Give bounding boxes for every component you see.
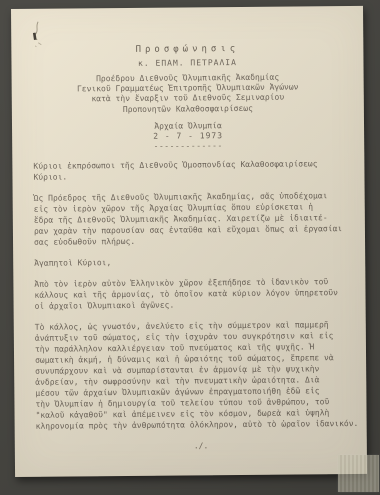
speaker-titles: Προέδρου Διεθνοῦς Ὀλυμπιακῆς Ἀκαδημίας Γ… [12, 72, 364, 116]
paragraph-welcome: Ὡς Πρόεδρος τῆς Διεθνοῦς Ὀλυμπιακῆς Ἀκαδ… [34, 190, 357, 248]
paragraph-ideal: Ἀπὸ τὸν ἱερὸν αὐτὸν Ἑλληνικὸν χῶρον ἐξεπ… [34, 276, 357, 312]
paragraph-dear-sirs: Ἀγαπητοὶ Κύριοι, [34, 255, 357, 269]
document-title: Προσφώνησις [11, 43, 363, 56]
document-body: Κύριοι ἐκπρόσωποι τῆς Διεθνοῦς Ὁμοσπονδί… [12, 149, 367, 453]
speaker-name: κ. ΕΠΑΜ. ΠΕΤΡΑΛΙΑ [11, 57, 363, 70]
tape-patch [338, 455, 379, 492]
page-continuation-mark: ./. [36, 439, 359, 453]
document-page: Προσφώνησις κ. ΕΠΑΜ. ΠΕΤΡΑΛΙΑ Προέδρου Δ… [11, 6, 367, 477]
paragraph-beauty: Τὸ κάλλος, ὡς γνωστόν, ἀνελύετο εἰς τὴν … [35, 319, 359, 432]
pencil-mark [25, 19, 49, 53]
scanned-page-background: Προσφώνησις κ. ΕΠΑΜ. ΠΕΤΡΑΛΙΑ Προέδρου Δ… [0, 0, 380, 495]
paragraph-salutation: Κύριοι ἐκπρόσωποι τῆς Διεθνοῦς Ὁμοσπονδί… [33, 158, 356, 183]
document-header: Προσφώνησις κ. ΕΠΑΜ. ΠΕΤΡΑΛΙΑ Προέδρου Δ… [11, 6, 364, 152]
